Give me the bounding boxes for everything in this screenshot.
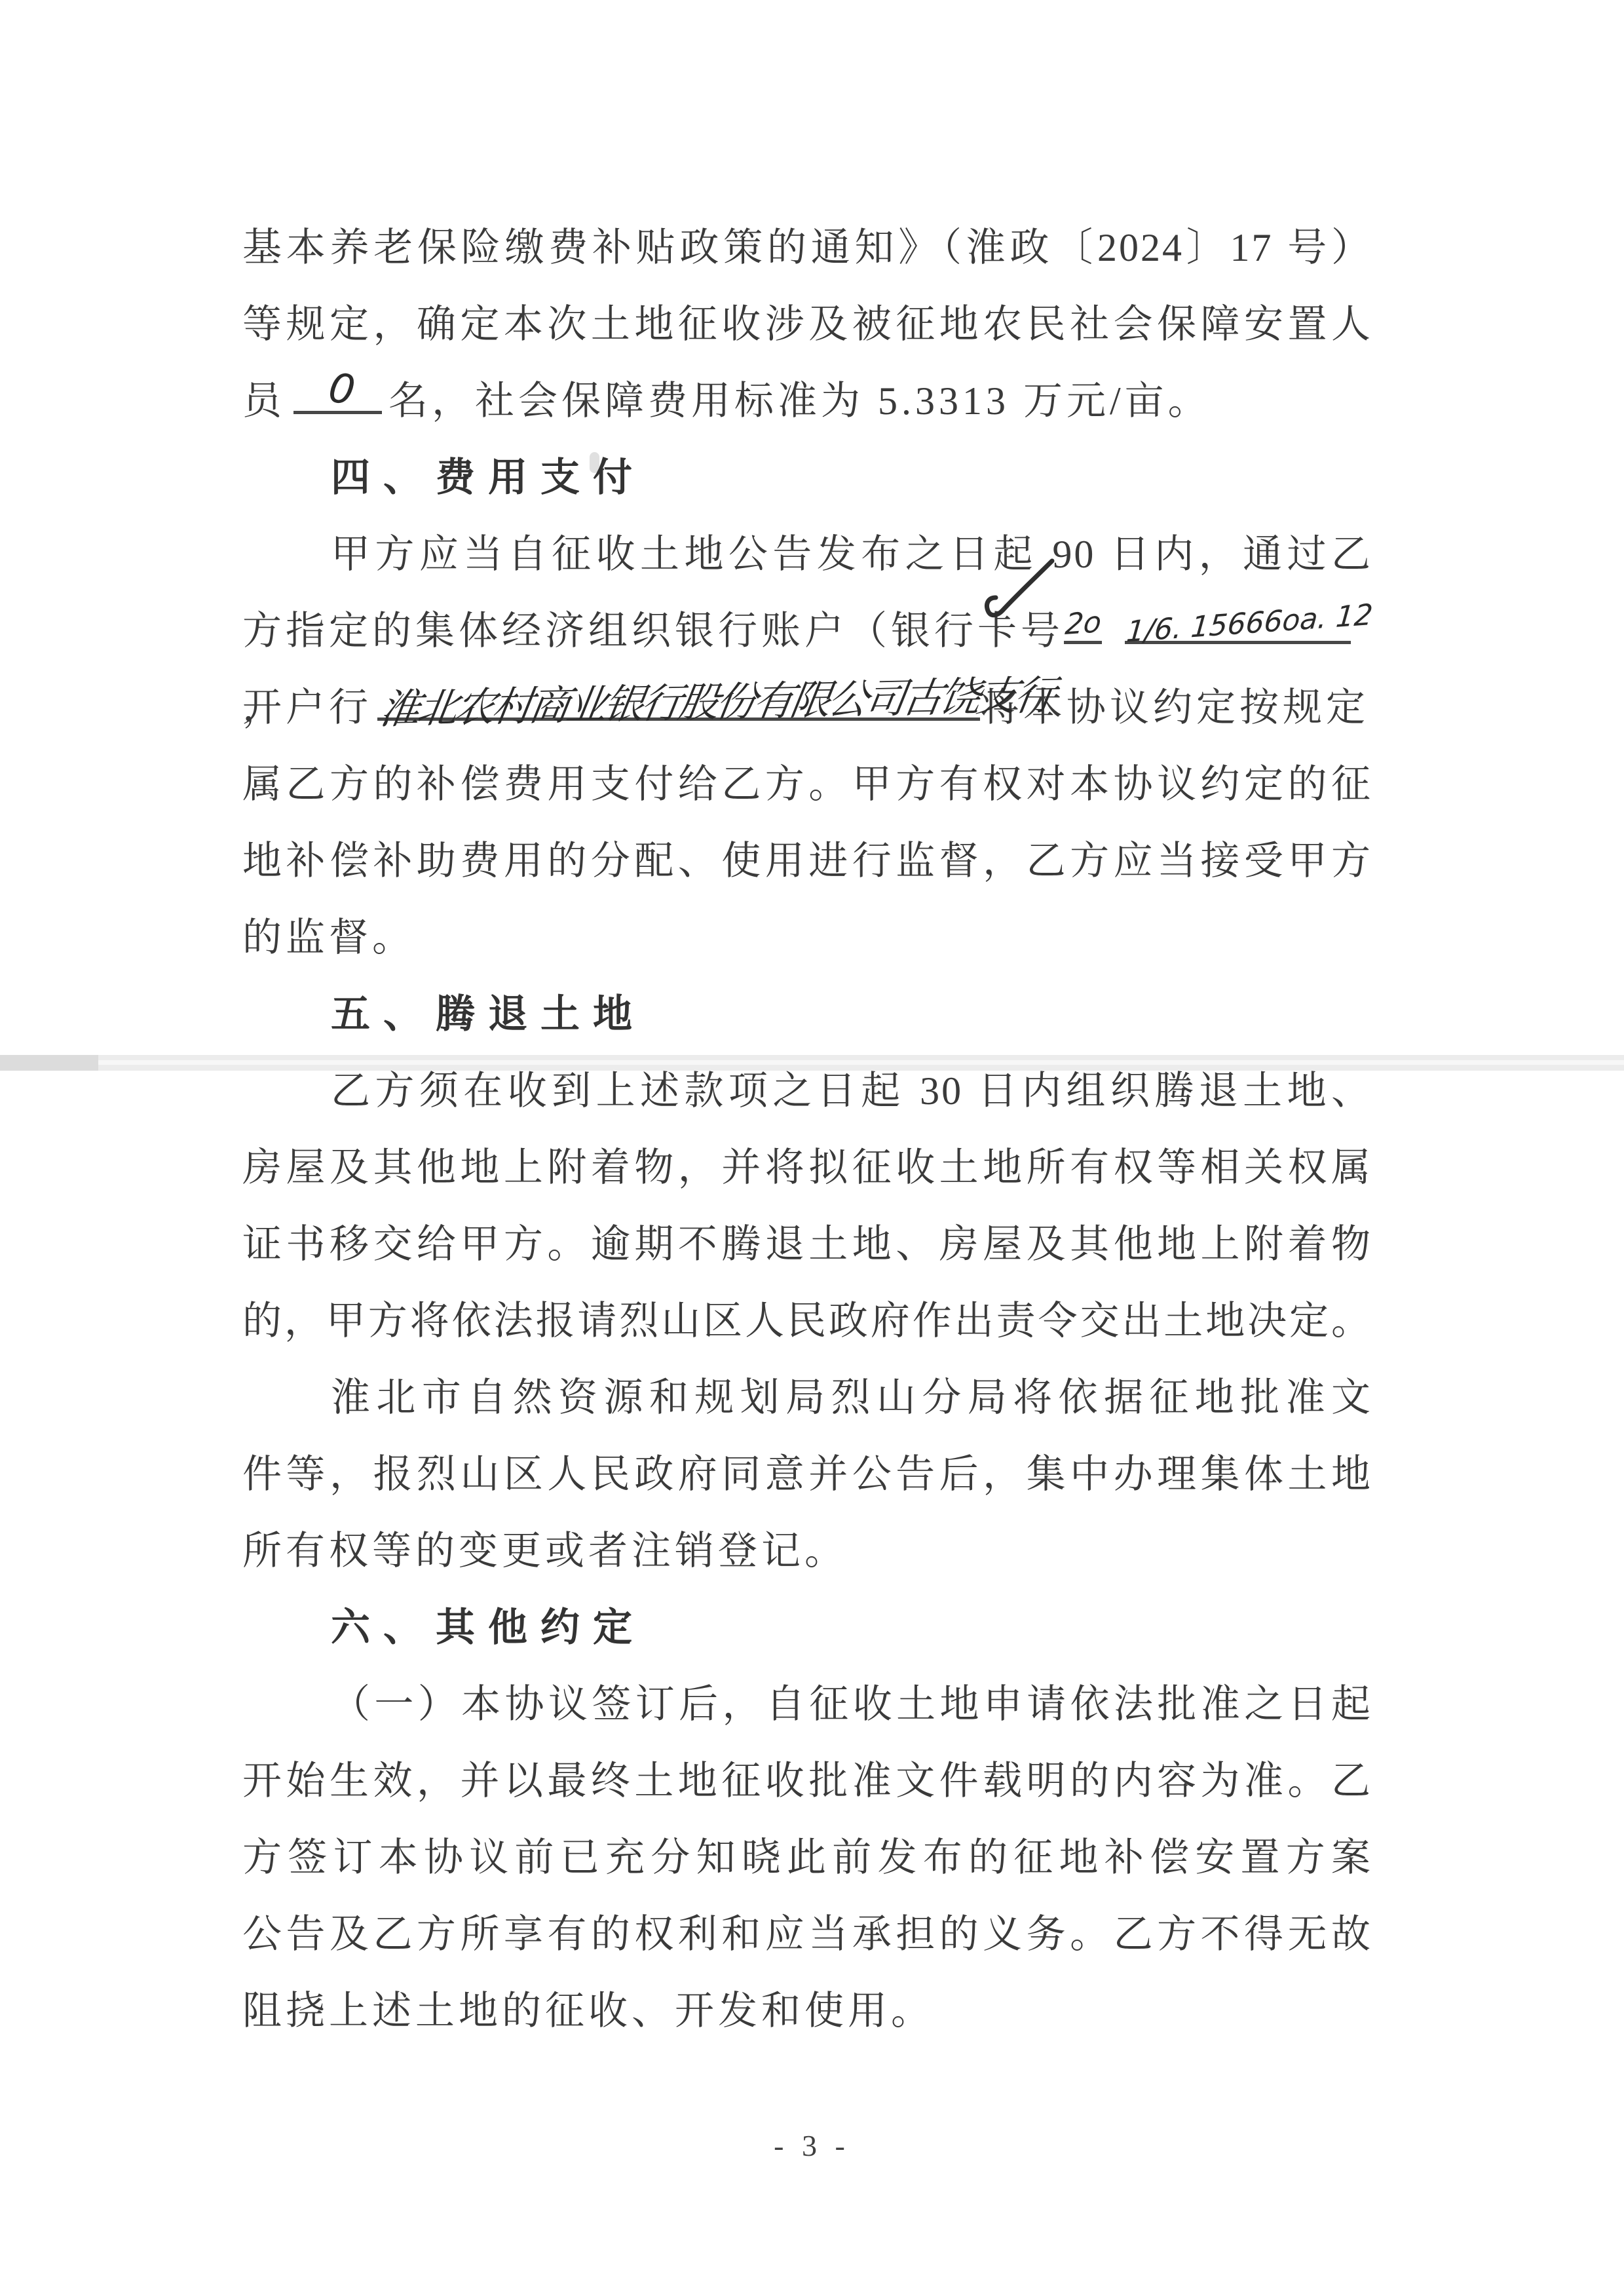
fill-in-blank-underline: 0 bbox=[293, 372, 382, 414]
document-line: 公告及乙方所享有的权利和应当承担的义务。乙方不得无故 bbox=[242, 1896, 1372, 1973]
document-line: 件等，报烈山区人民政府同意并公告后，集中办理集体土地 bbox=[242, 1436, 1372, 1513]
text-run: 房屋及其他地上附着物，并将拟征收土地所有权等相关权属 bbox=[242, 1146, 1372, 1189]
document-line: 属乙方的补偿费用支付给乙方。甲方有权对本协议约定的征 bbox=[242, 746, 1372, 823]
document-line: 阻挠上述土地的征收、开发和使用。 bbox=[242, 1973, 1372, 2050]
text-run: 六、其他约定 bbox=[331, 1606, 645, 1649]
text-run: 五、腾退土地 bbox=[331, 993, 645, 1036]
text-run: 开户行 bbox=[242, 686, 372, 729]
text-run: 阻挠上述土地的征收、开发和使用。 bbox=[242, 1989, 934, 2033]
text-run: 等规定，确定本次土地征收涉及被征地农民社会保障安置人 bbox=[242, 303, 1372, 346]
text-run: 四、费用支付 bbox=[331, 456, 645, 499]
text-run: 开始生效，并以最终土地征收批准文件载明的内容为准。乙 bbox=[242, 1759, 1372, 1803]
handwritten-checkmark-icon bbox=[962, 558, 1057, 624]
document-line: （一）本协议签订后，自征收土地申请依法批准之日起 bbox=[242, 1666, 1372, 1743]
section-heading: 五、腾退土地 bbox=[242, 976, 1372, 1053]
text-run: 所有权等的变更或者注销登记。 bbox=[242, 1529, 848, 1573]
text-run: 证书移交给甲方。逾期不腾退土地、房屋及其他地上附着物 bbox=[242, 1223, 1372, 1266]
document-line: 基本养老保险缴费补贴政策的通知》（淮政〔2024〕17 号） bbox=[242, 210, 1372, 286]
handwritten-text: 1/6. 15666oa. 12 bbox=[1125, 601, 1374, 647]
text-run: 地补偿补助费用的分配、使用进行监督，乙方应当接受甲方 bbox=[242, 839, 1372, 883]
document-line: 开始生效，并以最终土地征收批准文件载明的内容为准。乙 bbox=[242, 1743, 1372, 1820]
document-line: 的，甲方将依法报请烈山区人民政府作出责令交出土地决定。 bbox=[242, 1283, 1372, 1360]
document-line: 方签订本协议前已充分知晓此前发布的征地补偿安置方案 bbox=[242, 1820, 1372, 1896]
document-line: 乙方须在收到上述款项之日起 30 日内组织腾退土地、 bbox=[242, 1053, 1372, 1130]
document-line: 的监督。 bbox=[242, 900, 1372, 976]
document-line: 开户行淮北农村商业银行股份有限公司古饶支行将本协议约定按规定 bbox=[242, 670, 1372, 746]
document-line: 等规定，确定本次土地征收涉及被征地农民社会保障安置人 bbox=[242, 286, 1372, 363]
section-heading: 六、其他约定 bbox=[242, 1590, 1372, 1666]
document-line: 方指定的集体经济组织银行账户（银行卡号2o1/6. 15666oa. 12， bbox=[242, 593, 1372, 670]
page-number: - 3 - bbox=[0, 2128, 1624, 2168]
section-heading: 四、费用支付 bbox=[242, 440, 1372, 516]
fill-in-blank-underline: 淮北农村商业银行股份有限公司古饶支行 bbox=[377, 678, 980, 721]
text-run: 名，社会保障费用标准为 5.3313 万元/亩。 bbox=[388, 379, 1211, 423]
document-line: 地补偿补助费用的分配、使用进行监督，乙方应当接受甲方 bbox=[242, 823, 1372, 900]
text-run: 属乙方的补偿费用支付给乙方。甲方有权对本协议约定的征 bbox=[242, 763, 1372, 806]
fill-in-blank-underline: 1/6. 15666oa. 12 bbox=[1125, 602, 1351, 644]
text-run: 乙方须在收到上述款项之日起 30 日内组织腾退土地、 bbox=[331, 1069, 1372, 1113]
text-run: 基本养老保险缴费补贴政策的通知》（淮政〔2024〕17 号） bbox=[242, 226, 1372, 269]
document-line: 证书移交给甲方。逾期不腾退土地、房屋及其他地上附着物 bbox=[242, 1206, 1372, 1283]
document-line: 甲方应当自征收土地公告发布之日起 90 日内，通过乙 bbox=[242, 516, 1372, 593]
text-run: 员 bbox=[242, 379, 286, 423]
handwritten-text: 2o bbox=[1064, 608, 1103, 640]
document-line: 房屋及其他地上附着物，并将拟征收土地所有权等相关权属 bbox=[242, 1130, 1372, 1206]
text-run: 公告及乙方所享有的权利和应当承担的义务。乙方不得无故 bbox=[242, 1913, 1372, 1956]
scanned-page: 基本养老保险缴费补贴政策的通知》（淮政〔2024〕17 号）等规定，确定本次土地… bbox=[0, 0, 1624, 2296]
scan-artifact-band-left bbox=[0, 1055, 98, 1071]
text-run: 方指定的集体经济组织银行账户（银行卡号 bbox=[242, 609, 1064, 653]
fill-in-blank-underline: 2o bbox=[1064, 602, 1102, 644]
document-line: 所有权等的变更或者注销登记。 bbox=[242, 1513, 1372, 1590]
handwritten-text: 0 bbox=[326, 367, 358, 411]
text-run: 的监督。 bbox=[242, 916, 415, 959]
text-run: （一）本协议签订后，自征收土地申请依法批准之日起 bbox=[331, 1683, 1372, 1726]
text-run: 的，甲方将依法报请烈山区人民政府作出责令交出土地决定。 bbox=[242, 1299, 1372, 1343]
text-run: 方签订本协议前已充分知晓此前发布的征地补偿安置方案 bbox=[242, 1836, 1372, 1879]
text-run: 甲方应当自征收土地公告发布之日起 90 日内，通过乙 bbox=[331, 533, 1372, 576]
document-line: 员0名，社会保障费用标准为 5.3313 万元/亩。 bbox=[242, 363, 1372, 440]
document-line: 淮北市自然资源和规划局烈山分局将依据征地批准文 bbox=[242, 1360, 1372, 1436]
handwritten-text: 淮北农村商业银行股份有限公司古饶支行 bbox=[377, 675, 1055, 730]
text-run: 件等，报烈山区人民政府同意并公告后，集中办理集体土地 bbox=[242, 1453, 1372, 1496]
text-run: 淮北市自然资源和规划局烈山分局将依据征地批准文 bbox=[331, 1376, 1372, 1419]
document-body: 基本养老保险缴费补贴政策的通知》（淮政〔2024〕17 号）等规定，确定本次土地… bbox=[242, 210, 1372, 2050]
